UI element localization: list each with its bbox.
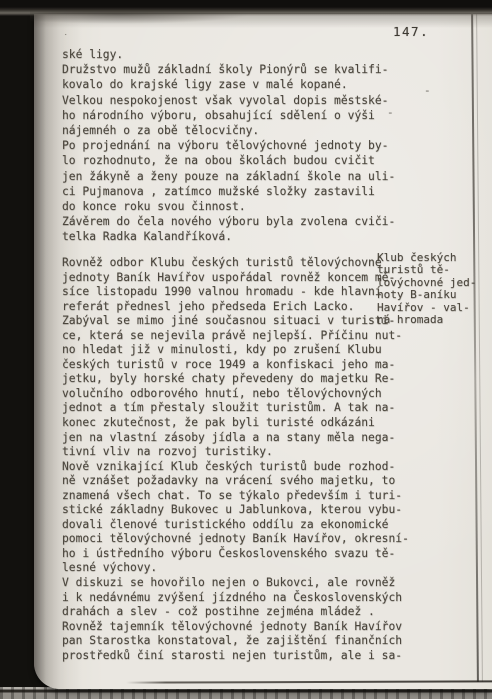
ink-speck: ˙ <box>63 34 68 44</box>
pen-mark-dash-2: - <box>387 106 394 119</box>
document-page: 147. ské ligy. Družstvo mužů základní šk… <box>34 14 492 689</box>
margin-note: Klub českých turistů tě- lovýchovné jed-… <box>377 252 476 326</box>
paragraph-tourist-club: Rovněž odbor Klubu českých turistů tělov… <box>62 256 409 663</box>
page-bottom-edge-line <box>126 680 492 683</box>
scanned-document: 147. ské ligy. Družstvo mužů základní šk… <box>0 0 492 699</box>
scan-top-smudge <box>30 10 250 24</box>
pen-mark-dash: - <box>424 84 431 97</box>
paragraph-sports-news: ské ligy. Družstvo mužů základní školy P… <box>62 47 395 245</box>
page-number: 147. <box>393 24 429 39</box>
